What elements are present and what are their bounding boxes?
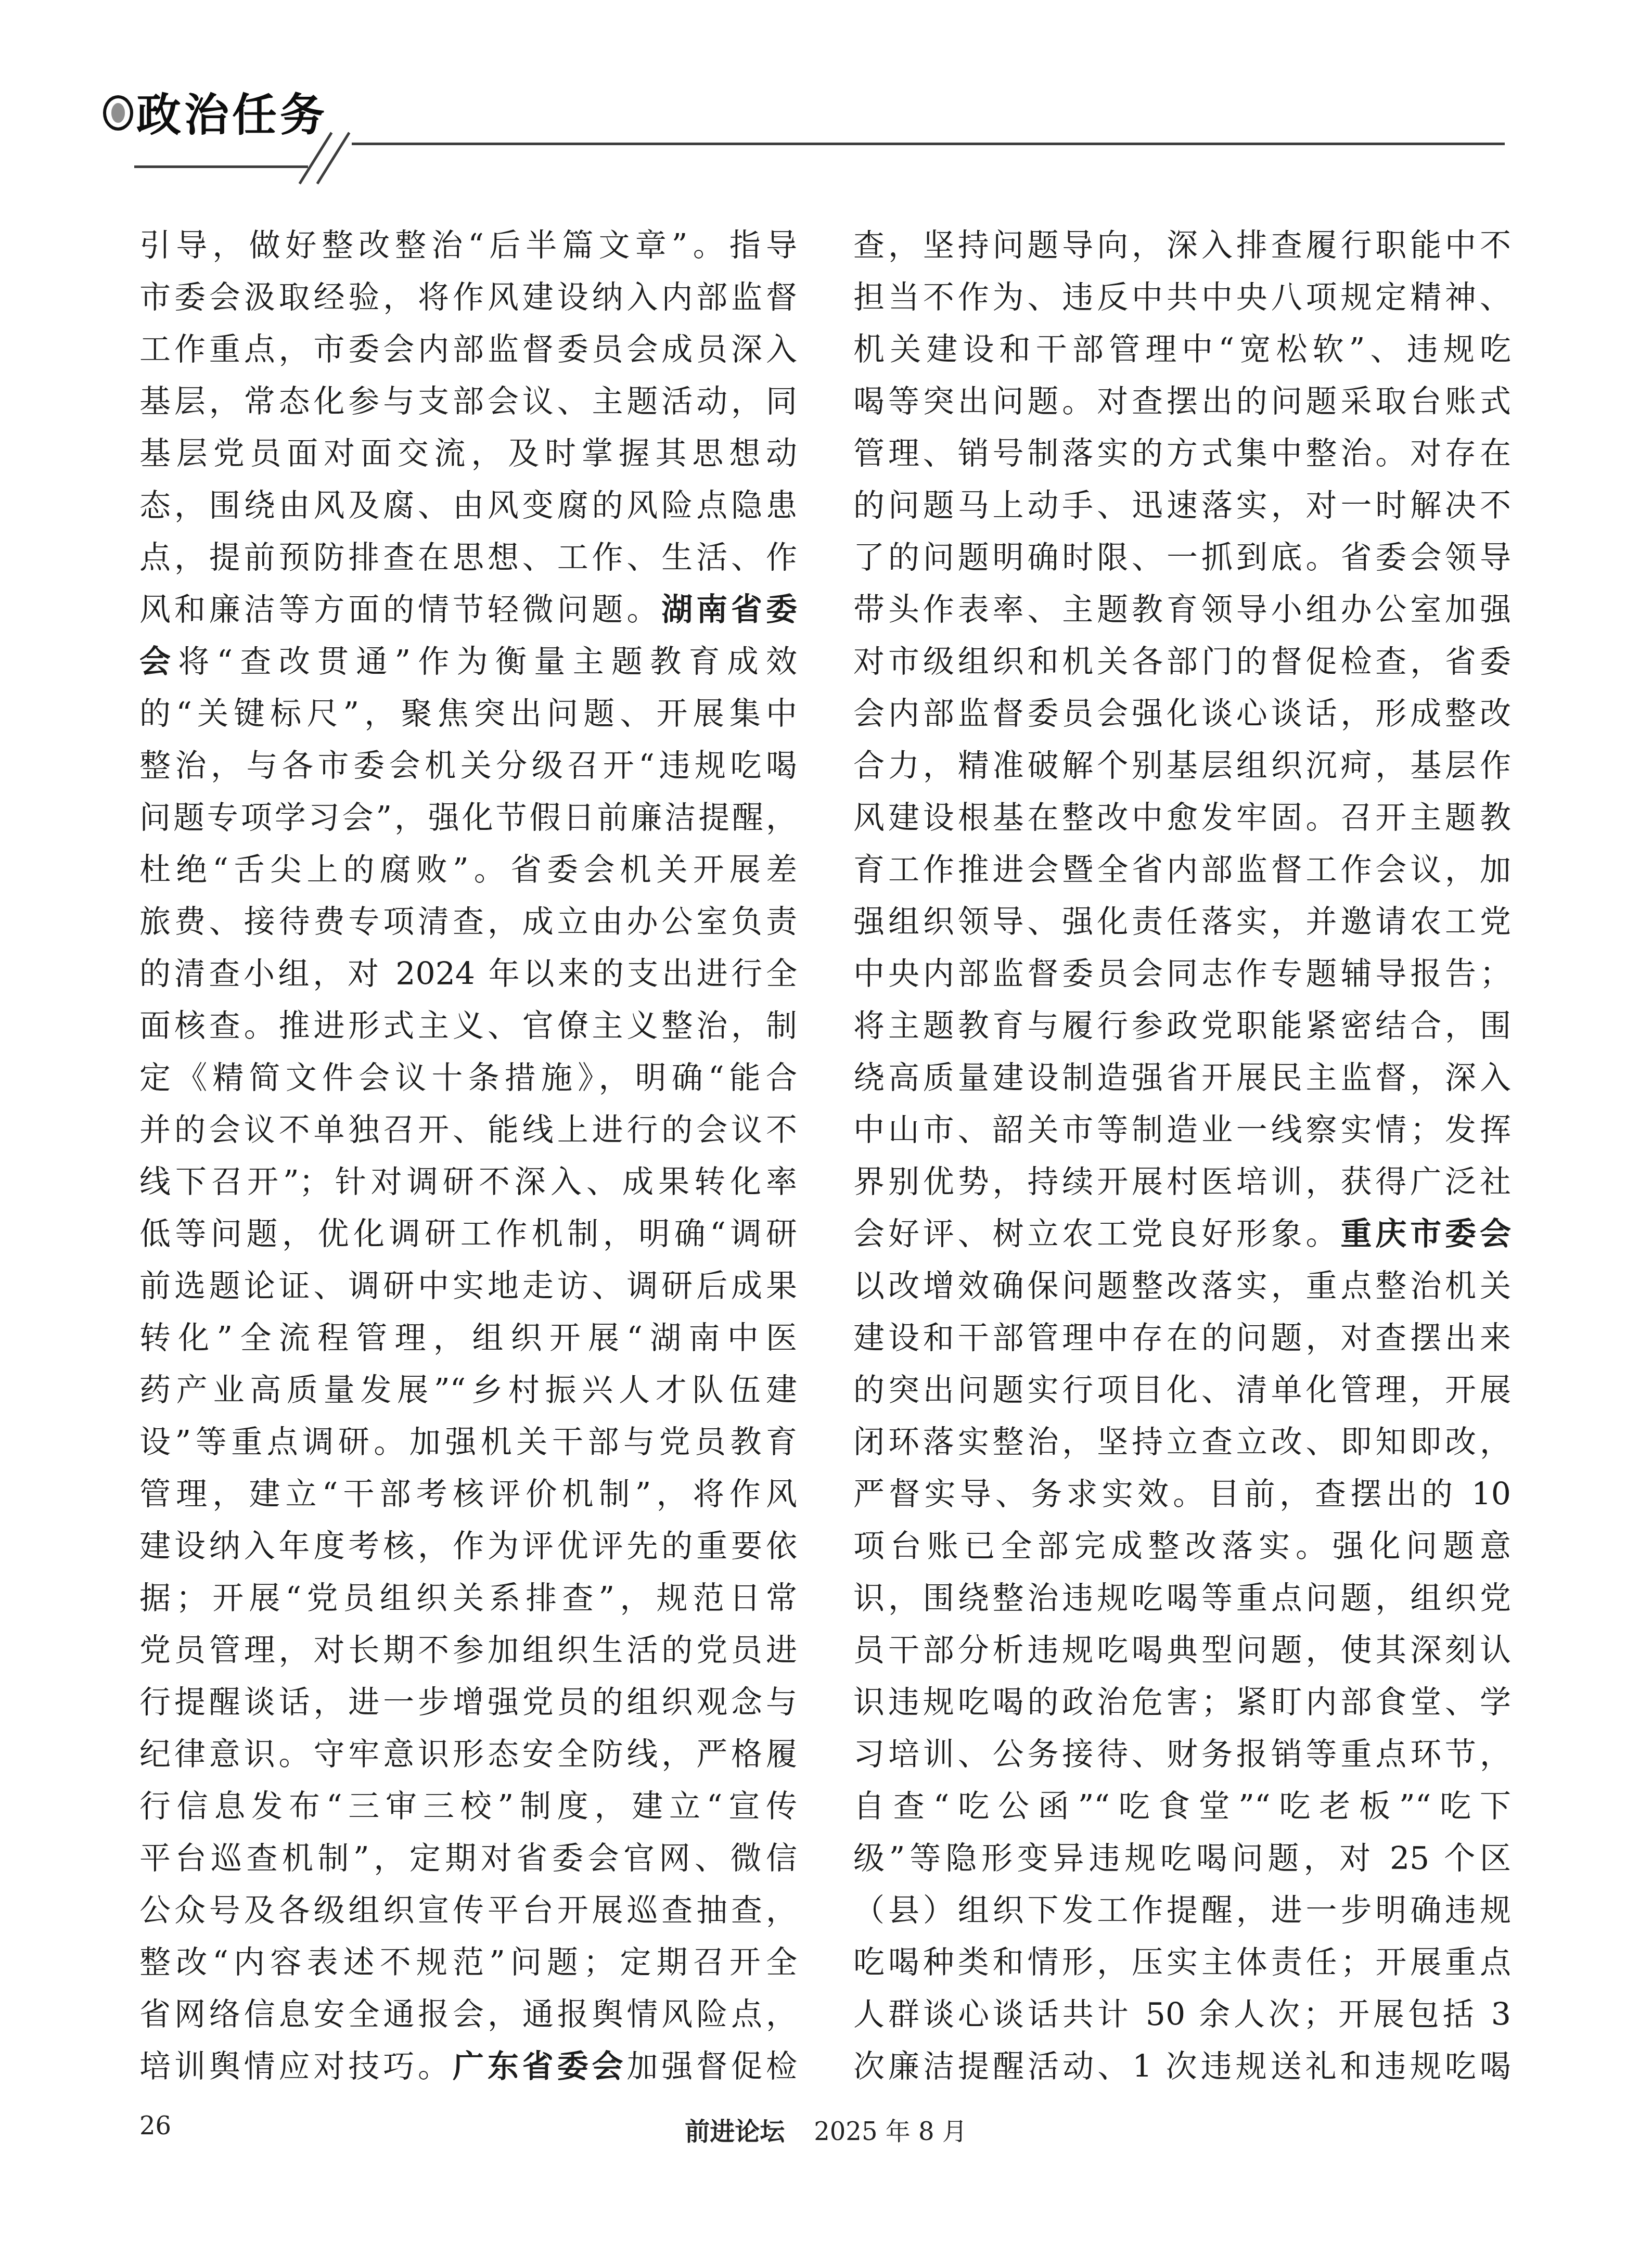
- text-line: 整改“内容表述不规范”问题；定期召开全: [139, 1937, 797, 1989]
- header-rule-long: [352, 143, 1505, 145]
- text-line: 设”等重点调研。加强机关干部与党员教育: [139, 1416, 797, 1468]
- section-bullet-inner-dot: [111, 103, 125, 123]
- text-line: 的清查小组，对 2024 年以来的支出进行全: [139, 948, 797, 1000]
- text-line: 定《精简文件会议十条措施》，明确“能合: [139, 1052, 797, 1104]
- page-footer: 26 前进论坛2025 年 8 月: [0, 2111, 1652, 2148]
- text-line: 管理，建立“干部考核评价机制”，将作风: [139, 1468, 797, 1520]
- article-column-right: 查，坚持问题导向，深入排查履行职能中不担当不作为、违反中共中央八项规定精神、机关…: [853, 220, 1511, 2093]
- text-line: 基层党员面对面交流，及时掌握其思想动: [139, 428, 797, 480]
- text-line: 次廉洁提醒活动、1 次违规送礼和违规吃喝: [853, 2041, 1511, 2093]
- text-line: 转化”全流程管理，组织开展“湖南中医: [139, 1312, 797, 1364]
- text-line: 低等问题，优化调研工作机制，明确“调研: [139, 1208, 797, 1260]
- text-line: 建设和干部管理中存在的问题，对查摆出来: [853, 1312, 1511, 1364]
- text-line: 风建设根基在整改中愈发牢固。召开主题教: [853, 792, 1511, 844]
- text-line: 建设纳入年度考核，作为评优评先的重要依: [139, 1520, 797, 1572]
- text-line: 纪律意识。守牢意识形态安全防线，严格履: [139, 1728, 797, 1780]
- text-line: 培训舆情应对技巧。广东省委会加强督促检: [139, 2041, 797, 2093]
- text-line: 强组织领导、强化责任落实，并邀请农工党: [853, 896, 1511, 948]
- text-line: 杜绝“舌尖上的腐败”。省委会机关开展差: [139, 844, 797, 896]
- text-line: 闭环落实整治，坚持立查立改、即知即改，: [853, 1416, 1511, 1468]
- issue-date: 2025 年 8 月: [814, 2117, 967, 2146]
- text-line: 将主题教育与履行参政党职能紧密结合，围: [853, 1000, 1511, 1052]
- text-line: 的问题马上动手、迅速落实，对一时解决不: [853, 480, 1511, 532]
- text-line: 平台巡查机制”，定期对省委会官网、微信: [139, 1833, 797, 1885]
- text-line: 会将“查改贯通”作为衡量主题教育成效: [139, 636, 797, 688]
- text-line: 的突出问题实行项目化、清单化管理，开展: [853, 1364, 1511, 1416]
- text-line: 问题专项学习会”，强化节假日前廉洁提醒，: [139, 792, 797, 844]
- text-line: 旅费、接待费专项清查，成立由办公室负责: [139, 896, 797, 948]
- text-line: 点，提前预防排查在思想、工作、生活、作: [139, 532, 797, 584]
- text-line: 担当不作为、违反中共中央八项规定精神、: [853, 272, 1511, 324]
- magazine-page: 政治任务 引导，做好整改整治“后半篇文章”。指导市委会汲取经验，将作风建设纳入内…: [0, 0, 1652, 2242]
- text-line: 项台账已全部完成整改落实。强化问题意: [853, 1520, 1511, 1572]
- text-line: 前选题论证、调研中实地走访、调研后成果: [139, 1260, 797, 1312]
- text-line: 识，围绕整治违规吃喝等重点问题，组织党: [853, 1572, 1511, 1624]
- text-line: 带头作表率、主题教育领导小组办公室加强: [853, 584, 1511, 636]
- text-line: 查，坚持问题导向，深入排查履行职能中不: [853, 220, 1511, 272]
- text-line: 药产业高质量发展”“乡村振兴人才队伍建: [139, 1364, 797, 1416]
- text-line: 面核查。推进形式主义、官僚主义整治，制: [139, 1000, 797, 1052]
- text-line: 行信息发布“三审三校”制度，建立“宣传: [139, 1780, 797, 1833]
- text-line: 机关建设和干部管理中“宽松软”、违规吃: [853, 324, 1511, 376]
- text-line: 界别优势，持续开展村医培训，获得广泛社: [853, 1156, 1511, 1208]
- text-line: 识违规吃喝的政治危害；紧盯内部食堂、学: [853, 1676, 1511, 1728]
- text-line: （县）组织下发工作提醒，进一步明确违规: [853, 1885, 1511, 1937]
- journal-name: 前进论坛: [685, 2117, 785, 2146]
- text-line: 并的会议不单独召开、能线上进行的会议不: [139, 1104, 797, 1156]
- text-line: 引导，做好整改整治“后半篇文章”。指导: [139, 220, 797, 272]
- text-line: 中央内部监督委员会同志作专题辅导报告；: [853, 948, 1511, 1000]
- text-line: 工作重点，市委会内部监督委员会成员深入: [139, 324, 797, 376]
- text-line: 级”等隐形变异违规吃喝问题，对 25 个区: [853, 1833, 1511, 1885]
- text-line: 态，围绕由风及腐、由风变腐的风险点隐患: [139, 480, 797, 532]
- text-line: 吃喝种类和情形，压实主体责任；开展重点: [853, 1937, 1511, 1989]
- footer-center: 前进论坛2025 年 8 月: [0, 2111, 1652, 2147]
- section-title: 政治任务: [136, 79, 328, 144]
- text-line: 会好评、树立农工党良好形象。重庆市委会: [853, 1208, 1511, 1260]
- text-line: 喝等突出问题。对查摆出的问题采取台账式: [853, 376, 1511, 428]
- text-line: 了的问题明确时限、一抓到底。省委会领导: [853, 532, 1511, 584]
- section-bullet-icon: [103, 95, 133, 131]
- text-line: 公众号及各级组织宣传平台开展巡查抽查，: [139, 1885, 797, 1937]
- text-line: 育工作推进会暨全省内部监督工作会议，加: [853, 844, 1511, 896]
- text-line: 党员管理，对长期不参加组织生活的党员进: [139, 1624, 797, 1676]
- text-line: 绕高质量建设制造强省开展民主监督，深入: [853, 1052, 1511, 1104]
- text-line: 行提醒谈话，进一步增强党员的组织观念与: [139, 1676, 797, 1728]
- article-column-left: 引导，做好整改整治“后半篇文章”。指导市委会汲取经验，将作风建设纳入内部监督工作…: [139, 220, 797, 2093]
- text-line: 自查“吃公函”“吃食堂”“吃老板”“吃下: [853, 1780, 1511, 1833]
- text-line: 习培训、公务接待、财务报销等重点环节，: [853, 1728, 1511, 1780]
- header-rule-short: [134, 165, 308, 168]
- text-line: 以改增效确保问题整改落实，重点整治机关: [853, 1260, 1511, 1312]
- text-line: 中山市、韶关市等制造业一线察实情；发挥: [853, 1104, 1511, 1156]
- text-line: 人群谈心谈话共计 50 余人次；开展包括 3: [853, 1989, 1511, 2041]
- text-line: 据；开展“党员组织关系排查”，规范日常: [139, 1572, 797, 1624]
- text-line: 基层，常态化参与支部会议、主题活动，同: [139, 376, 797, 428]
- text-line: 风和廉洁等方面的情节轻微问题。湖南省委: [139, 584, 797, 636]
- text-line: 严督实导、务求实效。目前，查摆出的 10: [853, 1468, 1511, 1520]
- text-line: 合力，精准破解个别基层组织沉疴，基层作: [853, 740, 1511, 792]
- text-line: 管理、销号制落实的方式集中整治。对存在: [853, 428, 1511, 480]
- text-line: 的“关键标尺”，聚焦突出问题、开展集中: [139, 688, 797, 740]
- text-line: 对市级组织和机关各部门的督促检查，省委: [853, 636, 1511, 688]
- text-line: 省网络信息安全通报会，通报舆情风险点，: [139, 1989, 797, 2041]
- text-line: 会内部监督委员会强化谈心谈话，形成整改: [853, 688, 1511, 740]
- text-line: 线下召开”；针对调研不深入、成果转化率: [139, 1156, 797, 1208]
- text-line: 市委会汲取经验，将作风建设纳入内部监督: [139, 272, 797, 324]
- text-line: 员干部分析违规吃喝典型问题，使其深刻认: [853, 1624, 1511, 1676]
- text-line: 整治，与各市委会机关分级召开“违规吃喝: [139, 740, 797, 792]
